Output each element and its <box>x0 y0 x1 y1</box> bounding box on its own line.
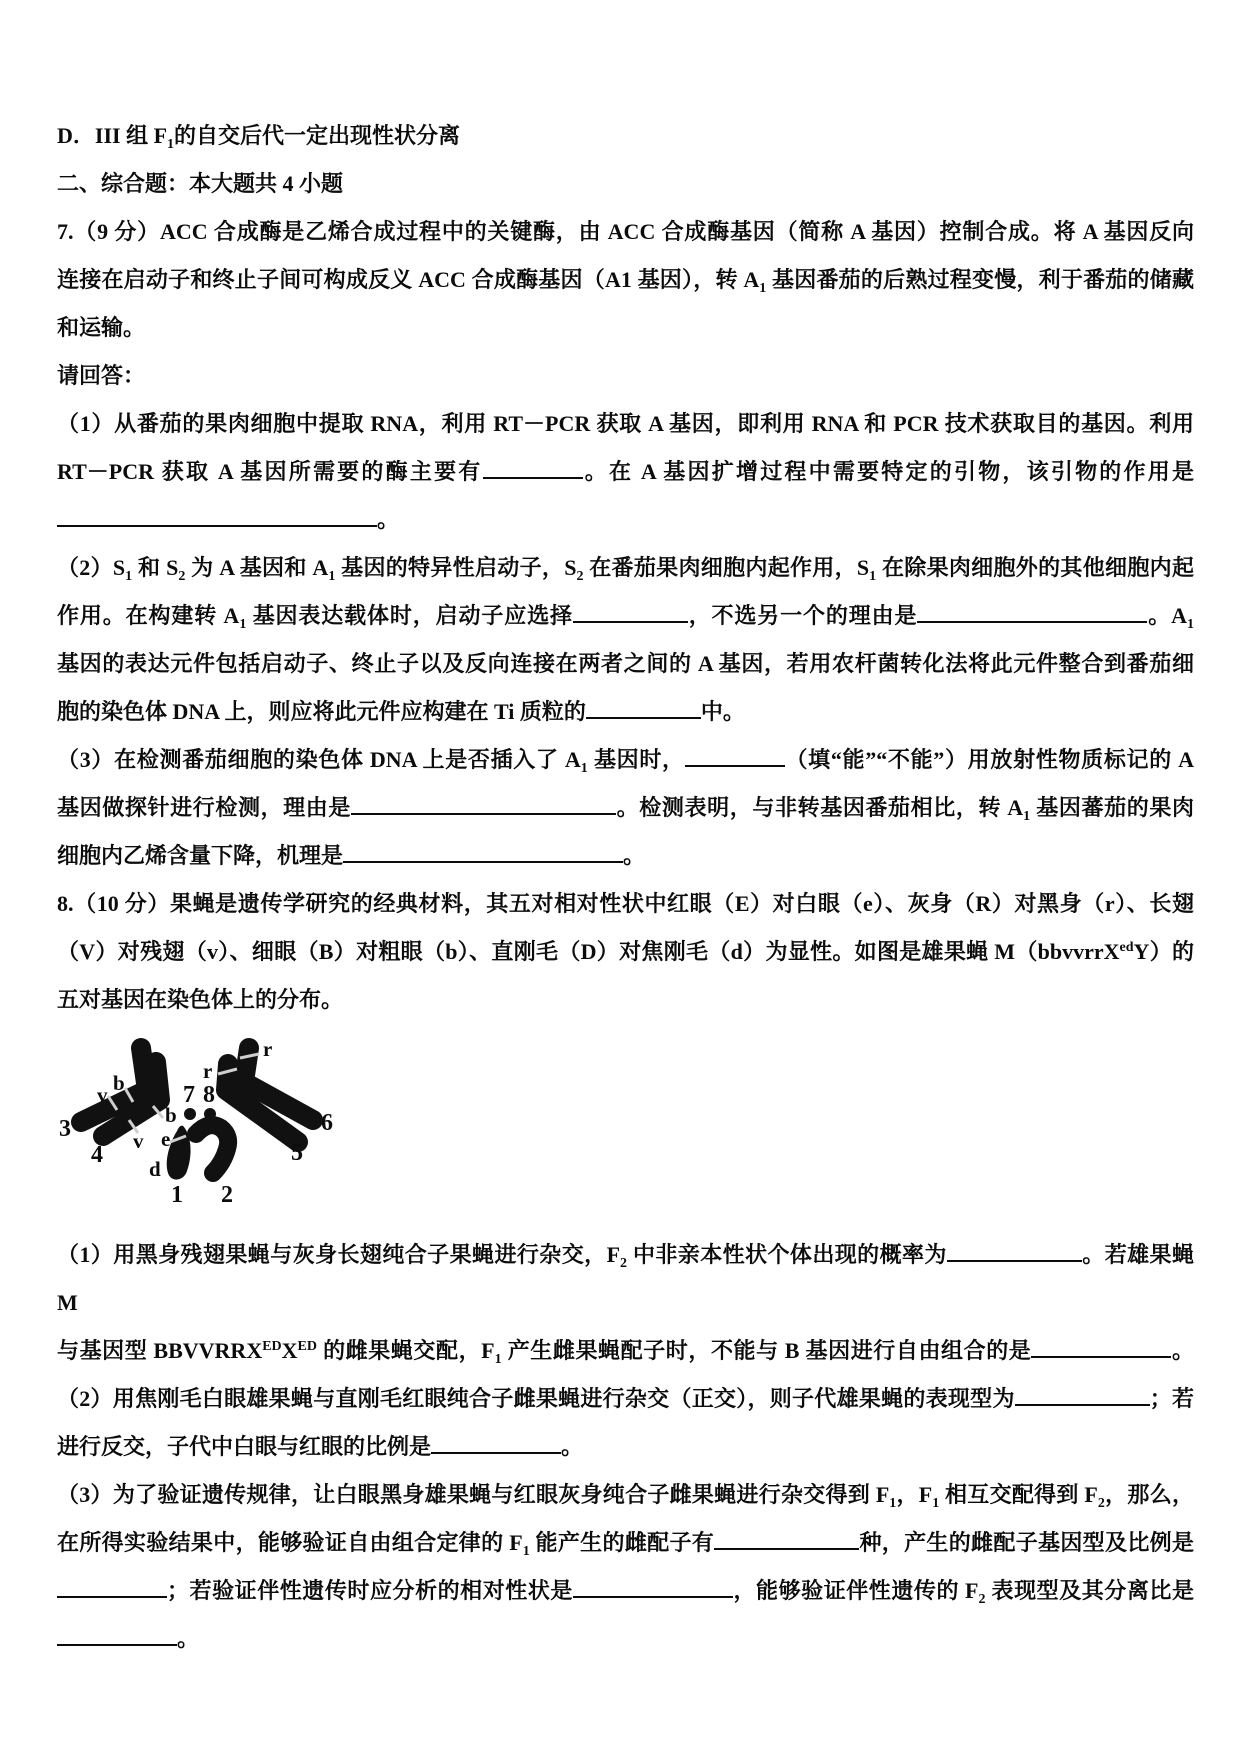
text-run: ；若验证伴性遗传时应分析的相对性状是 <box>167 1578 573 1603</box>
text-run: 与基因型 BBVVRRX <box>57 1338 262 1363</box>
q7-part3-line-1: （3）在检测番茄细胞的染色体 DNA 上是否插入了 A1 基因时，（填“能”“不… <box>57 736 1194 784</box>
text-run: 请回答： <box>57 363 145 388</box>
answer-blank <box>57 1622 177 1646</box>
subscript: 2 <box>1098 1496 1105 1511</box>
q7-part1-blank-line: 。 <box>57 496 1194 544</box>
answer-blank <box>351 791 616 815</box>
q8-intro-line-1: 8.（10 分）果蝇是遗传学研究的经典材料，其五对相对性状中红眼（E）对白眼（e… <box>57 880 1194 928</box>
text-run: 基因的表达元件包括启动子、终止子以及反向连接在两者之间的 A 基因，若用农杆菌转… <box>57 651 1194 676</box>
superscript: ED <box>298 1339 317 1354</box>
text-run: 作用。在构建转 A <box>57 603 239 628</box>
text-run: 在所得实验结果中，能够验证自由组合定律的 F <box>57 1530 523 1555</box>
q8-part3-line-4: 。 <box>57 1615 1194 1663</box>
text-run: 。检测表明，与非转基因番茄相比，转 A <box>616 795 1023 820</box>
answer-blank <box>57 503 377 527</box>
text-run: （3）为了验证遗传规律，让白眼黑身雄果蝇与红眼灰身纯合子雌果蝇进行杂交得到 F <box>57 1482 889 1507</box>
gene-v-label-chr4: v <box>133 1129 144 1153</box>
answer-blank <box>573 1574 733 1598</box>
answer-option-d: D．III 组 F1的自交后代一定出现性状分离 <box>57 112 1194 160</box>
text-run: 。A <box>1147 603 1187 628</box>
text-run: 和运输。 <box>57 315 145 340</box>
subscript: 1 <box>167 137 174 152</box>
answer-blank <box>947 1238 1082 1262</box>
text-run: （V）对残翅（v）、细眼（B）对粗眼（b）、直刚毛（D）对焦刚毛（d）为显性。如… <box>57 939 1120 964</box>
subscript: 2 <box>979 1592 986 1607</box>
chromosome-6-label: 6 <box>321 1110 333 1136</box>
chromosome-3-label: 3 <box>59 1116 71 1142</box>
q8-part3-line-2: 在所得实验结果中，能够验证自由组合定律的 F1 能产生的雌配子有种，产生的雌配子… <box>57 1519 1194 1567</box>
q7-prompt: 请回答： <box>57 352 1194 400</box>
answer-blank <box>57 1574 167 1598</box>
text-run: 在除果肉细胞外的其他细胞内起 <box>876 555 1194 580</box>
chromosome-5-label: 5 <box>291 1140 303 1166</box>
text-run: 在番茄果肉细胞内起作用，S <box>583 555 869 580</box>
gene-v-label-chr3: v <box>97 1083 108 1107</box>
text-run: 的自交后代一定出现性状分离 <box>174 123 460 148</box>
text-run: （3）在检测番茄细胞的染色体 DNA 上是否插入了 A <box>57 747 581 772</box>
text-run: 。 <box>1171 1338 1194 1363</box>
chromosome-8-label: 8 <box>203 1082 215 1108</box>
text-run: ，不选另一个的理由是 <box>688 603 918 628</box>
chromosome-4-label: 4 <box>91 1142 103 1168</box>
document-page: D．III 组 F1的自交后代一定出现性状分离 二、综合题：本大题共 4 小题 … <box>0 0 1240 1754</box>
text-run: Y）的 <box>1134 939 1195 964</box>
text-run: （填“能”“不能”）用放射性物质标记的 A <box>785 747 1194 772</box>
section-2-heading: 二、综合题：本大题共 4 小题 <box>57 160 1194 208</box>
gene-b-label-chr3: b <box>113 1071 125 1095</box>
q8-part2-line-1: （2）用焦刚毛白眼雄果蝇与直刚毛红眼纯合子雌果蝇进行杂交（正交），则子代雄果蝇的… <box>57 1375 1194 1423</box>
answer-blank <box>343 839 623 863</box>
text-run: 。 <box>561 1434 583 1459</box>
answer-blank <box>917 599 1147 623</box>
text-run: ，那么， <box>1105 1482 1194 1507</box>
text-run: 8.（10 分）果蝇是遗传学研究的经典材料，其五对相对性状中红眼（E）对白眼（e… <box>57 891 1194 916</box>
gene-b-label-chr4: b <box>165 1103 177 1127</box>
text-run: 产生雌果蝇配子时，不能与 B 基因进行自由组合的是 <box>502 1338 1032 1363</box>
subscript: 2 <box>620 1256 627 1271</box>
text-run: 中。 <box>701 699 745 724</box>
text-run: ，能够验证伴性遗传的 F <box>733 1578 979 1603</box>
text-run: （2）用焦刚毛白眼雄果蝇与直刚毛红眼纯合子雌果蝇进行杂交（正交），则子代雄果蝇的… <box>57 1386 1015 1411</box>
text-run: 7.（9 分）ACC 合成酶是乙烯合成过程中的关键酶，由 ACC 合成酶基因（简… <box>57 219 1194 244</box>
q8-part1-line-1: （1）用黑身残翅果蝇与灰身长翅纯合子果蝇进行杂交，F2 中非亲本性状个体出现的概… <box>57 1231 1194 1327</box>
text-run: 五对基因在染色体上的分布。 <box>57 987 343 1012</box>
text-run: 基因时， <box>588 747 685 772</box>
chromosome-7-label: 7 <box>183 1082 195 1108</box>
q7-intro-line-1: 7.（9 分）ACC 合成酶是乙烯合成过程中的关键酶，由 ACC 合成酶基因（简… <box>57 208 1194 256</box>
text-run: 基因蕃茄的果肉 <box>1030 795 1194 820</box>
text-run: 基因番茄的后熟过程变慢，利于番茄的储藏 <box>766 267 1194 292</box>
text-run: X <box>282 1338 298 1363</box>
gene-e-label-chr1: e <box>161 1127 170 1151</box>
gene-d-label-chr1: d <box>149 1157 161 1181</box>
q8-part3-line-3: ；若验证伴性遗传时应分析的相对性状是，能够验证伴性遗传的 F2 表现型及其分离比… <box>57 1567 1194 1615</box>
chromosome-2-label: 2 <box>221 1182 233 1208</box>
answer-blank <box>483 455 583 479</box>
answer-blank <box>1015 1382 1150 1406</box>
text-run: 的雌果蝇交配，F <box>317 1338 495 1363</box>
subscript: 1 <box>495 1352 502 1367</box>
q8-part3-line-1: （3）为了验证遗传规律，让白眼黑身雄果蝇与红眼灰身纯合子雌果蝇进行杂交得到 F1… <box>57 1471 1194 1519</box>
subscript: 1 <box>581 761 588 776</box>
answer-blank <box>573 599 688 623</box>
text-run: （2）S <box>57 555 125 580</box>
text-run: ；若 <box>1150 1386 1194 1411</box>
text-run: （1）用黑身残翅果蝇与灰身长翅纯合子果蝇进行杂交，F <box>57 1242 620 1267</box>
q7-part2-line-3: 基因的表达元件包括启动子、终止子以及反向连接在两者之间的 A 基因，若用农杆菌转… <box>57 640 1194 688</box>
answer-blank <box>431 1430 561 1454</box>
text-run: 胞的染色体 DNA 上，则应将此元件应构建在 Ti 质粒的 <box>57 699 586 724</box>
text-run: 连接在启动子和终止子间可构成反义 ACC 合成酶基因（A1 基因），转 A <box>57 267 759 292</box>
text-run: 种，产生的雌配子基因型及比例是 <box>859 1530 1194 1555</box>
text-run: 细胞内乙烯含量下降，机理是 <box>57 843 343 868</box>
answer-blank <box>586 695 701 719</box>
q7-part2-line-4: 胞的染色体 DNA 上，则应将此元件应构建在 Ti 质粒的中。 <box>57 688 1194 736</box>
text-run: 和 S <box>132 555 178 580</box>
text-run: （1）从番茄的果肉细胞中提取 RNA，利用 RT－PCR 获取 A 基因，即利用… <box>57 411 1194 436</box>
text-run: 基因的特异性启动子，S <box>335 555 576 580</box>
q7-part1-line-2: RT－PCR 获取 A 基因所需要的酶主要有。在 A 基因扩增过程中需要特定的引… <box>57 448 1194 496</box>
q7-part3-line-2: 基因做探针进行检测，理由是。检测表明，与非转基因番茄相比，转 A1 基因蕃茄的果… <box>57 784 1194 832</box>
chromosome-2-shape <box>196 1125 228 1173</box>
q8-part2-line-2: 进行反交，子代中白眼与红眼的比例是。 <box>57 1423 1194 1471</box>
answer-blank <box>1031 1334 1171 1358</box>
text-run: 表现型及其分离比是 <box>986 1578 1194 1603</box>
gene-r-label-chr5: r <box>203 1059 212 1083</box>
superscript: ED <box>262 1339 281 1354</box>
text-run: 进行反交，子代中白眼与红眼的比例是 <box>57 1434 431 1459</box>
answer-blank <box>714 1526 859 1550</box>
text-run: RT－PCR 获取 A 基因所需要的酶主要有 <box>57 459 483 484</box>
q7-part3-line-3: 细胞内乙烯含量下降，机理是。 <box>57 832 1194 880</box>
text-run: 中非亲本性状个体出现的概率为 <box>627 1242 947 1267</box>
text-run: 。 <box>177 1626 199 1651</box>
text-run: 能产生的雌配子有 <box>530 1530 714 1555</box>
subscript: 1 <box>1187 617 1194 632</box>
text-run: ，F <box>896 1482 932 1507</box>
text-run: 基因表达载体时，启动子应选择 <box>246 603 573 628</box>
answer-blank <box>685 743 785 767</box>
text-run: 为 A 基因和 A <box>185 555 328 580</box>
text-run: 。 <box>623 843 645 868</box>
q7-intro-line-2: 连接在启动子和终止子间可构成反义 ACC 合成酶基因（A1 基因），转 A1 基… <box>57 256 1194 304</box>
q8-part1-line-2: 与基因型 BBVVRRXEDXED 的雌果蝇交配，F1 产生雌果蝇配子时，不能与… <box>57 1327 1194 1375</box>
q8-intro-line-2: （V）对残翅（v）、细眼（B）对粗眼（b）、直刚毛（D）对焦刚毛（d）为显性。如… <box>57 928 1194 976</box>
chromosome-1-label: 1 <box>171 1182 183 1208</box>
chromosome-diagram: 3 4 5 6 7 8 1 2 v b b v r r e d <box>57 1024 1194 1231</box>
text-run: D．III 组 F <box>57 123 167 148</box>
superscript: ed <box>1120 940 1134 955</box>
gene-r-label-chr6: r <box>263 1037 272 1061</box>
text-run: 二、综合题：本大题共 4 小题 <box>57 171 343 196</box>
q7-part2-line-2: 作用。在构建转 A1 基因表达载体时，启动子应选择，不选另一个的理由是。A1 <box>57 592 1194 640</box>
text-run: 。在 A 基因扩增过程中需要特定的引物，该引物的作用是 <box>583 459 1194 484</box>
q7-part1-line-1: （1）从番茄的果肉细胞中提取 RNA，利用 RT－PCR 获取 A 基因，即利用… <box>57 400 1194 448</box>
text-run: 基因做探针进行检测，理由是 <box>57 795 351 820</box>
chromosome-7-shape <box>184 1108 196 1120</box>
subscript: 1 <box>523 1544 530 1559</box>
q7-part2-line-1: （2）S1 和 S2 为 A 基因和 A1 基因的特异性启动子，S2 在番茄果肉… <box>57 544 1194 592</box>
text-run: 。 <box>377 507 399 532</box>
q7-intro-line-3: 和运输。 <box>57 304 1194 352</box>
karyotype-figure: 3 4 5 6 7 8 1 2 v b b v r r e d <box>57 1030 357 1215</box>
q8-intro-line-3: 五对基因在染色体上的分布。 <box>57 976 1194 1024</box>
text-run: 相互交配得到 F <box>939 1482 1098 1507</box>
